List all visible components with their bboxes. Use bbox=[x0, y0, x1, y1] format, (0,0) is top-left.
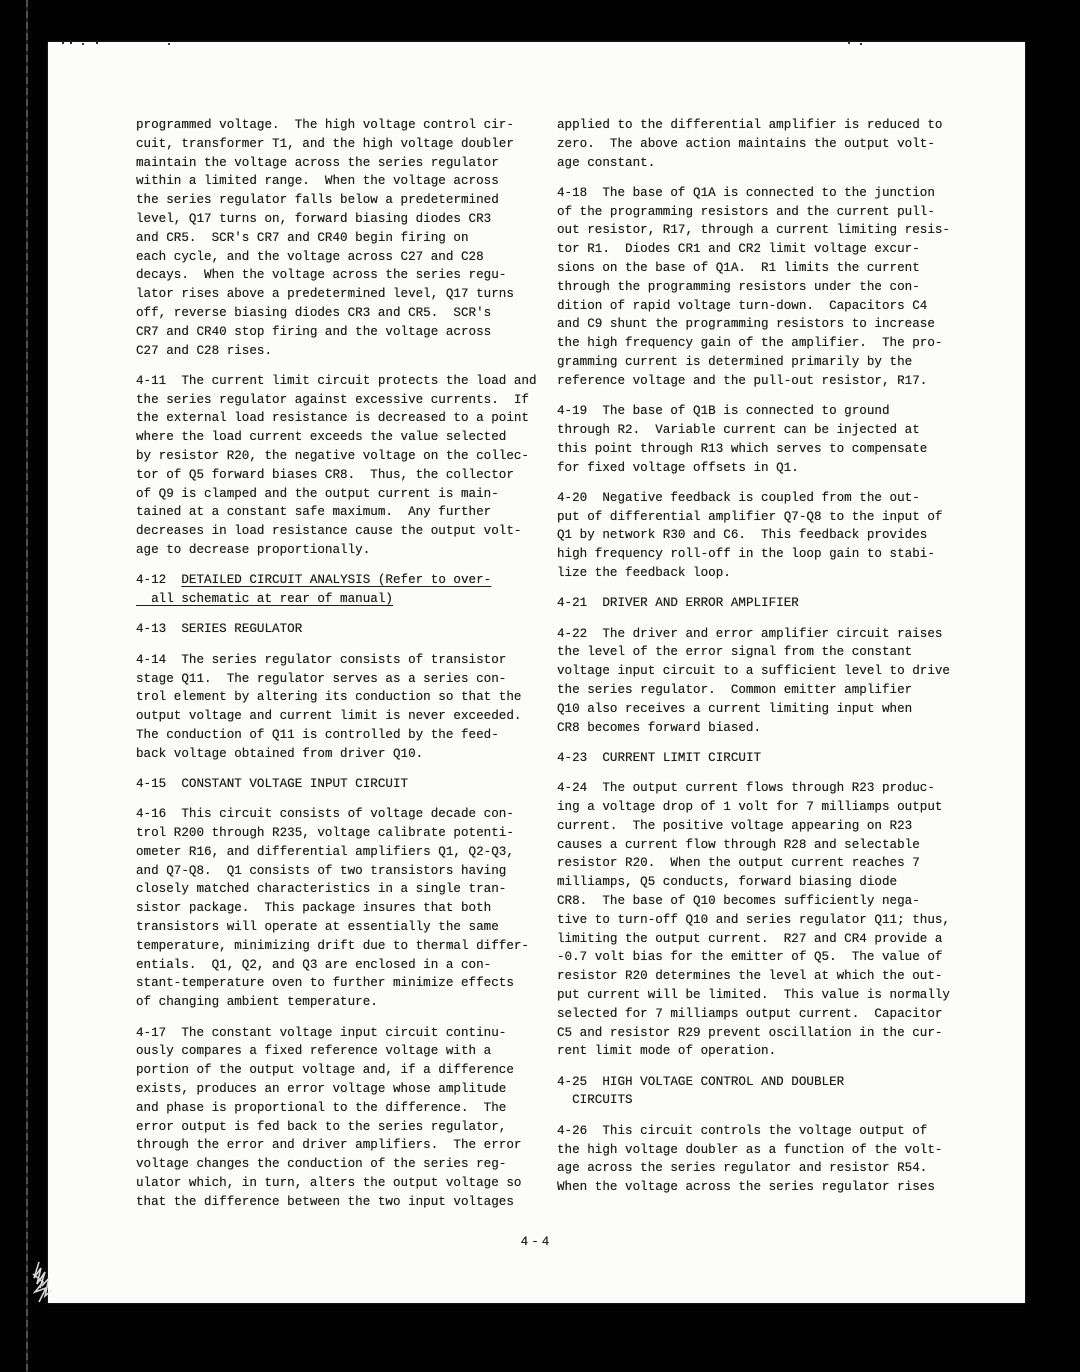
section-heading: 4-13 SERIES REGULATOR bbox=[136, 620, 546, 639]
section-heading: 4-12 DETAILED CIRCUIT ANALYSIS (Refer to… bbox=[136, 571, 546, 609]
paragraph: 4-19 The base of Q1B is connected to gro… bbox=[557, 402, 967, 477]
page-number: 4-4 bbox=[48, 1235, 1025, 1249]
paragraph: applied to the differential amplifier is… bbox=[557, 116, 967, 172]
paragraph: 4-17 The constant voltage input circuit … bbox=[136, 1024, 546, 1212]
section-title: CONSTANT VOLTAGE INPUT CIRCUIT bbox=[181, 777, 408, 791]
section-heading: 4-25 HIGH VOLTAGE CONTROL AND DOUBLER CI… bbox=[557, 1073, 967, 1111]
scanner-edge-line bbox=[26, 0, 28, 1372]
scanned-page-frame: programmed voltage. The high voltage con… bbox=[0, 0, 1080, 1372]
document-page: programmed voltage. The high voltage con… bbox=[48, 42, 1025, 1303]
section-number: 4-13 bbox=[136, 622, 181, 636]
paragraph: 4-14 The series regulator consists of tr… bbox=[136, 651, 546, 764]
scan-noise-ticks bbox=[48, 42, 50, 44]
text-column-left: programmed voltage. The high voltage con… bbox=[136, 116, 546, 1223]
paragraph: 4-11 The current limit circuit protects … bbox=[136, 372, 546, 560]
section-heading: 4-15 CONSTANT VOLTAGE INPUT CIRCUIT bbox=[136, 775, 546, 794]
paragraph: 4-22 The driver and error amplifier circ… bbox=[557, 625, 967, 738]
section-title: SERIES REGULATOR bbox=[181, 622, 302, 636]
paragraph: 4-20 Negative feedback is coupled from t… bbox=[557, 489, 967, 583]
paragraph: 4-18 The base of Q1A is connected to the… bbox=[557, 184, 967, 391]
section-number: 4-15 bbox=[136, 777, 181, 791]
paragraph: 4-26 This circuit controls the voltage o… bbox=[557, 1122, 967, 1197]
section-number: 4-23 bbox=[557, 751, 602, 765]
section-title: DETAILED CIRCUIT ANALYSIS (Refer to over… bbox=[136, 573, 491, 606]
section-number: 4-12 bbox=[136, 573, 181, 587]
section-title: DRIVER AND ERROR AMPLIFIER bbox=[602, 596, 799, 610]
paragraph: programmed voltage. The high voltage con… bbox=[136, 116, 546, 360]
section-heading: 4-23 CURRENT LIMIT CIRCUIT bbox=[557, 749, 967, 768]
photocopy-smudge bbox=[27, 1258, 61, 1310]
section-number: 4-21 bbox=[557, 596, 602, 610]
section-number: 4-25 bbox=[557, 1075, 602, 1089]
text-column-right: applied to the differential amplifier is… bbox=[557, 116, 967, 1208]
paragraph: 4-16 This circuit consists of voltage de… bbox=[136, 805, 546, 1012]
section-title: CURRENT LIMIT CIRCUIT bbox=[602, 751, 761, 765]
section-heading: 4-21 DRIVER AND ERROR AMPLIFIER bbox=[557, 594, 967, 613]
paragraph: 4-24 The output current flows through R2… bbox=[557, 779, 967, 1061]
